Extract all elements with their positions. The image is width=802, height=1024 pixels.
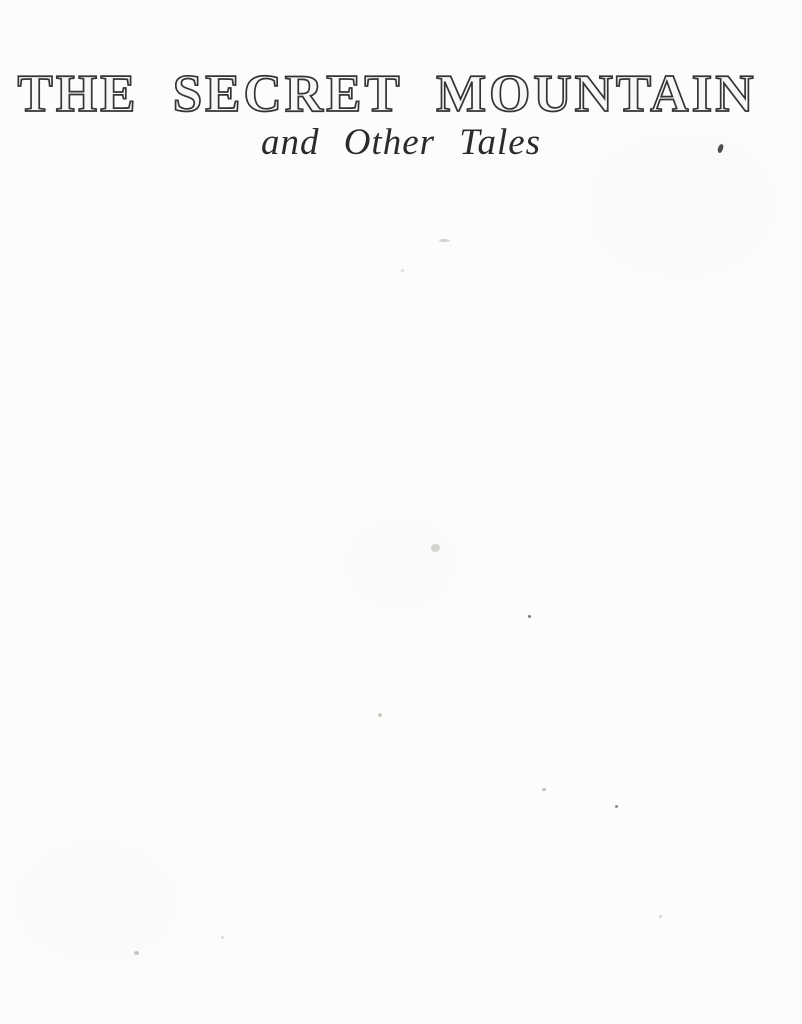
scan-speck (659, 915, 662, 918)
book-subtitle: and Other Tales (0, 121, 802, 164)
scan-speck (431, 544, 440, 552)
book-title: THE SECRET MOUNTAIN (0, 64, 788, 124)
scanned-book-page: THE SECRET MOUNTAIN and Other Tales (0, 0, 802, 1024)
scan-speck (134, 951, 139, 955)
scan-speck (221, 936, 224, 939)
scan-speck (542, 787, 547, 791)
scan-speck (439, 239, 450, 242)
scan-speck (615, 805, 618, 808)
scan-speck (378, 713, 382, 717)
scan-speck (401, 269, 404, 272)
scan-speck (528, 615, 531, 618)
